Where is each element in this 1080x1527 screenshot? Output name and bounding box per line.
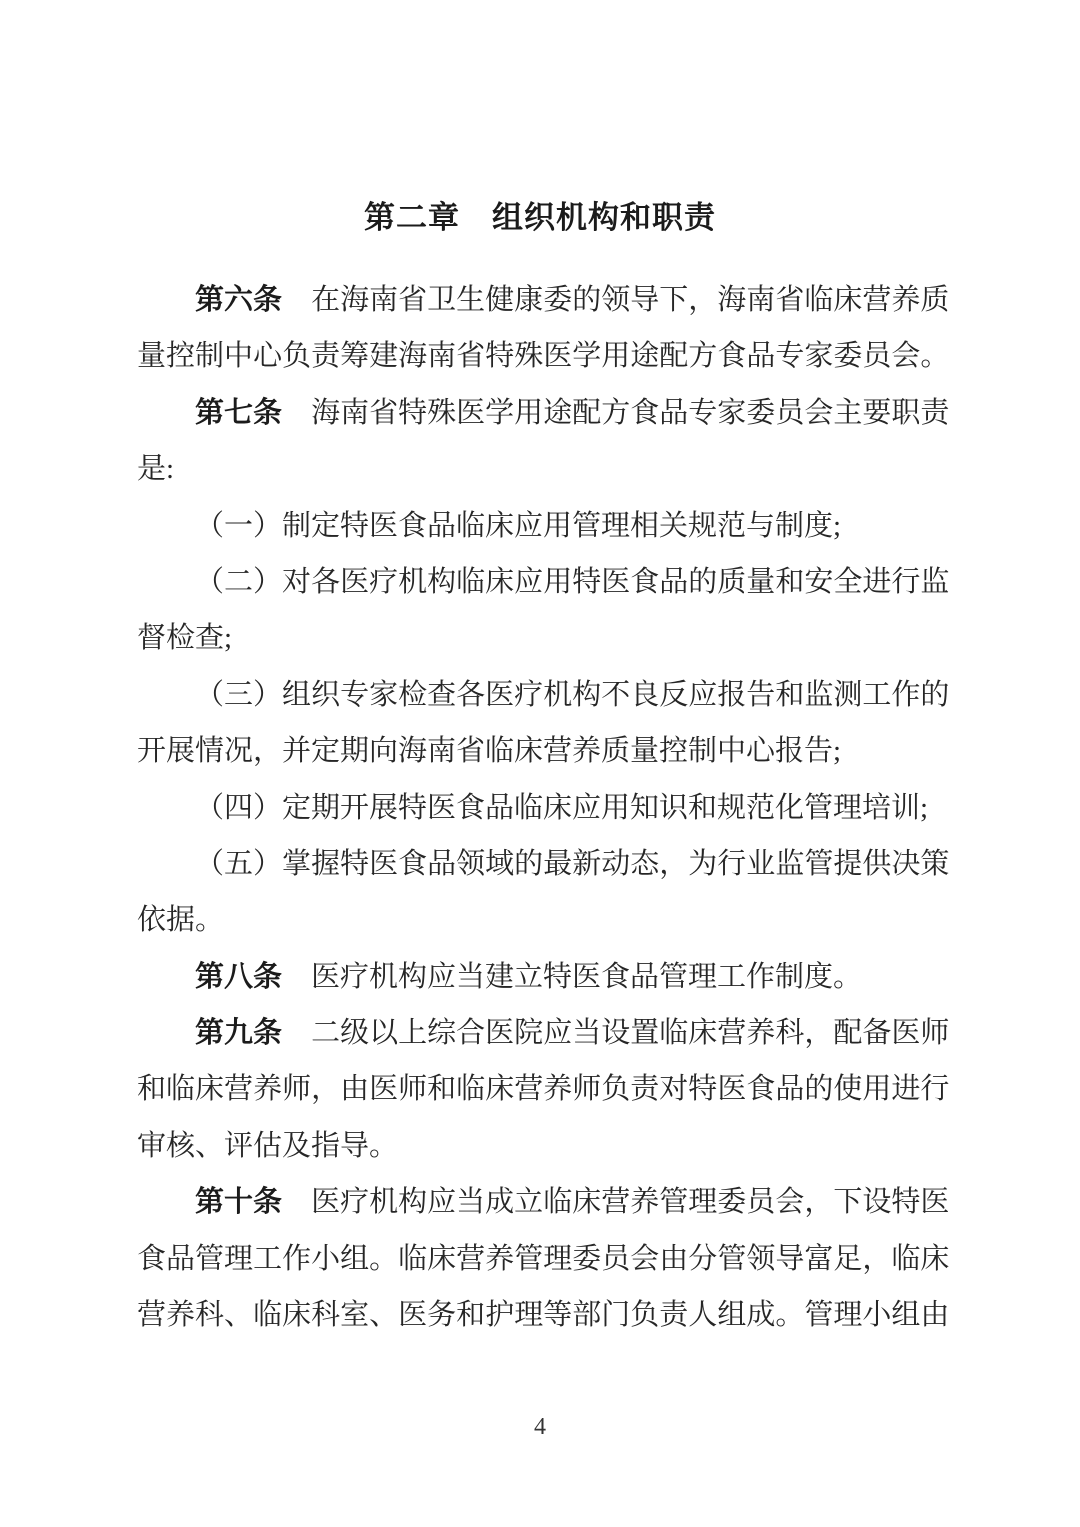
scanned-document-page: 第二章 组织机构和职责 第六条 在海南省卫生健康委的领导下，海南省临床营养质量控… bbox=[0, 0, 1080, 1527]
text-line-1: 第六条 在海南省卫生健康委的领导下，海南省临床营养质 bbox=[137, 272, 949, 328]
text-line-19: 营养科、临床科室、医务和护理等部门负责人组成。管理小组由 bbox=[137, 1287, 949, 1343]
text-line-13: 第八条 医疗机构应当建立特医食品管理工作制度。 bbox=[137, 949, 949, 1005]
text-line-6: （二）对各医疗机构临床应用特医食品的质量和安全进行监 bbox=[137, 554, 949, 610]
text-line-9: 开展情况，并定期向海南省临床营养质量控制中心报告; bbox=[137, 723, 949, 779]
text-line-17: 第十条 医疗机构应当成立临床营养管理委员会，下设特医 bbox=[137, 1174, 949, 1230]
text-line-10: （四）定期开展特医食品临床应用知识和规范化管理培训; bbox=[137, 780, 949, 836]
document-body: 第六条 在海南省卫生健康委的领导下，海南省临床营养质量控制中心负责筹建海南省特殊… bbox=[137, 272, 949, 1343]
text-line-8: （三）组织专家检查各医疗机构不良反应报告和监测工作的 bbox=[137, 667, 949, 723]
text-line-12: 依据。 bbox=[137, 892, 949, 948]
page-number: 4 bbox=[0, 1414, 1080, 1441]
text-line-4: 是: bbox=[137, 441, 949, 497]
text-line-14: 第九条 二级以上综合医院应当设置临床营养科，配备医师 bbox=[137, 1005, 949, 1061]
chapter-title: 第二章 组织机构和职责 bbox=[0, 192, 1080, 237]
text-line-18: 食品管理工作小组。临床营养管理委员会由分管领导富足，临床 bbox=[137, 1231, 949, 1287]
text-line-2: 量控制中心负责筹建海南省特殊医学用途配方食品专家委员会。 bbox=[137, 328, 949, 384]
text-line-11: （五）掌握特医食品领域的最新动态，为行业监管提供决策 bbox=[137, 836, 949, 892]
text-line-3: 第七条 海南省特殊医学用途配方食品专家委员会主要职责 bbox=[137, 385, 949, 441]
text-line-15: 和临床营养师，由医师和临床营养师负责对特医食品的使用进行 bbox=[137, 1061, 949, 1117]
text-line-7: 督检查; bbox=[137, 610, 949, 666]
text-line-5: （一）制定特医食品临床应用管理相关规范与制度; bbox=[137, 498, 949, 554]
text-line-16: 审核、评估及指导。 bbox=[137, 1118, 949, 1174]
